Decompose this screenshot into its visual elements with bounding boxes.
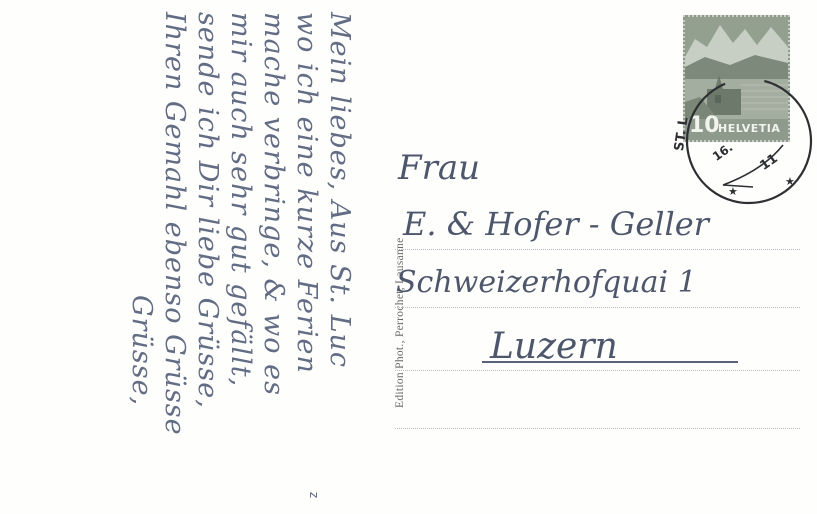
stamp-denomination: 10 (689, 115, 720, 137)
address-line (395, 307, 800, 308)
stray-mark: z (307, 492, 321, 498)
postage-stamp: 10 HELVETIA (683, 15, 790, 142)
recipient-title: Frau (398, 148, 480, 188)
message-signature: Grüsse, (126, 295, 157, 406)
stamp-country: HELVETIA (718, 122, 780, 135)
message-line: mir auch sehr gut gefällt, (225, 12, 256, 387)
recipient-name: E. & Hofer - Geller (403, 205, 709, 243)
address-line (395, 428, 800, 429)
postmark-city: ST. L (672, 116, 692, 152)
star-icon: ★ (785, 175, 795, 188)
recipient-street: Schweizerhofquai 1 (396, 265, 697, 300)
postmark-hour: 11 (757, 151, 780, 174)
message-line: wo ich eine kurze Ferien (291, 12, 322, 374)
address-line (395, 370, 800, 371)
message-line: sende ich Dir liebe Grüsse, (192, 12, 223, 409)
postmark-date: 16. (710, 140, 735, 164)
message-line: mache verbringe, & wo es (258, 12, 289, 396)
address-line (395, 249, 800, 250)
recipient-city: Luzern (490, 326, 618, 367)
handwritten-message: Mein liebes, Aus St. Luc wo ich eine kur… (95, 0, 355, 514)
star-icon: ★ (728, 185, 738, 198)
message-line: Mein liebes, Aus St. Luc (324, 12, 355, 368)
publisher-imprint: Edition Phot., Perrochet, Lausanne (394, 237, 406, 408)
postcard-back: Mein liebes, Aus St. Luc wo ich eine kur… (0, 0, 817, 514)
message-line: Ihren Gemahl ebenso Grüsse (159, 12, 190, 436)
